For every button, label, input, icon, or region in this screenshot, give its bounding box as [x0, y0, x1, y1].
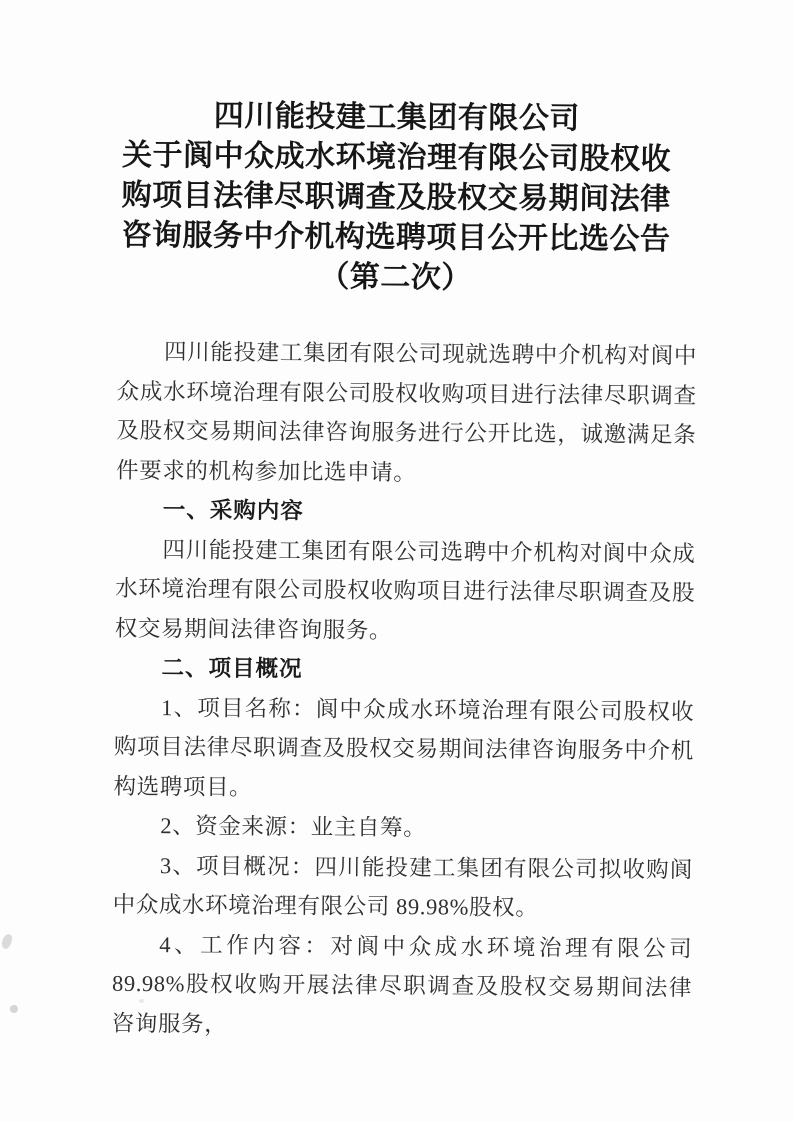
- item-project-name: 1、项目名称：阆中众成水环境治理有限公司股权收购项目法律尽职调查及股权交易期间法…: [113, 687, 694, 810]
- item-funding-source: 2、资金来源：业主自筹。: [113, 806, 693, 850]
- document-page: 四川能投建工集团有限公司 关于阆中众成水环境治理有限公司股权收 购项目法律尽职调…: [0, 0, 794, 1122]
- section-heading-overview: 二、项目概况: [114, 648, 694, 692]
- title-line-4: 咨询服务中介机构选聘项目公开比选公告: [0, 215, 793, 261]
- section-heading-procurement: 一、采购内容: [116, 490, 696, 534]
- scan-artifact: [139, 999, 144, 1003]
- scan-artifact: [10, 1005, 18, 1013]
- item-project-overview: 3、项目概况：四川能投建工集团有限公司拟收购阆中众成水环境治理有限公司 89.9…: [113, 845, 694, 929]
- title-line-2: 关于阆中众成水环境治理有限公司股权收: [0, 135, 794, 181]
- scanned-sheet: 四川能投建工集团有限公司 关于阆中众成水环境治理有限公司股权收 购项目法律尽职调…: [0, 0, 794, 1122]
- intro-paragraph: 四川能投建工集团有限公司现就选聘中介机构对阆中众成水环境治理有限公司股权收购项目…: [116, 332, 697, 495]
- title-line-company: 四川能投建工集团有限公司: [0, 95, 794, 141]
- document-title: 四川能投建工集团有限公司 关于阆中众成水环境治理有限公司股权收 购项目法律尽职调…: [0, 95, 794, 301]
- item-work-content: 4、工作内容：对阆中众成水环境治理有限公司 89.98%股权收购开展法律尽职调查…: [112, 924, 693, 1047]
- scan-artifact: [0, 933, 13, 950]
- title-line-3: 购项目法律尽职调查及股权交易期间法律: [0, 175, 793, 221]
- title-line-round-number: （第二次）: [0, 255, 793, 301]
- document-body: 四川能投建工集团有限公司现就选聘中介机构对阆中众成水环境治理有限公司股权收购项目…: [112, 332, 698, 1048]
- procurement-content-paragraph: 四川能投建工集团有限公司选聘中介机构对阆中众成水环境治理有限公司股权收购项目进行…: [115, 529, 696, 652]
